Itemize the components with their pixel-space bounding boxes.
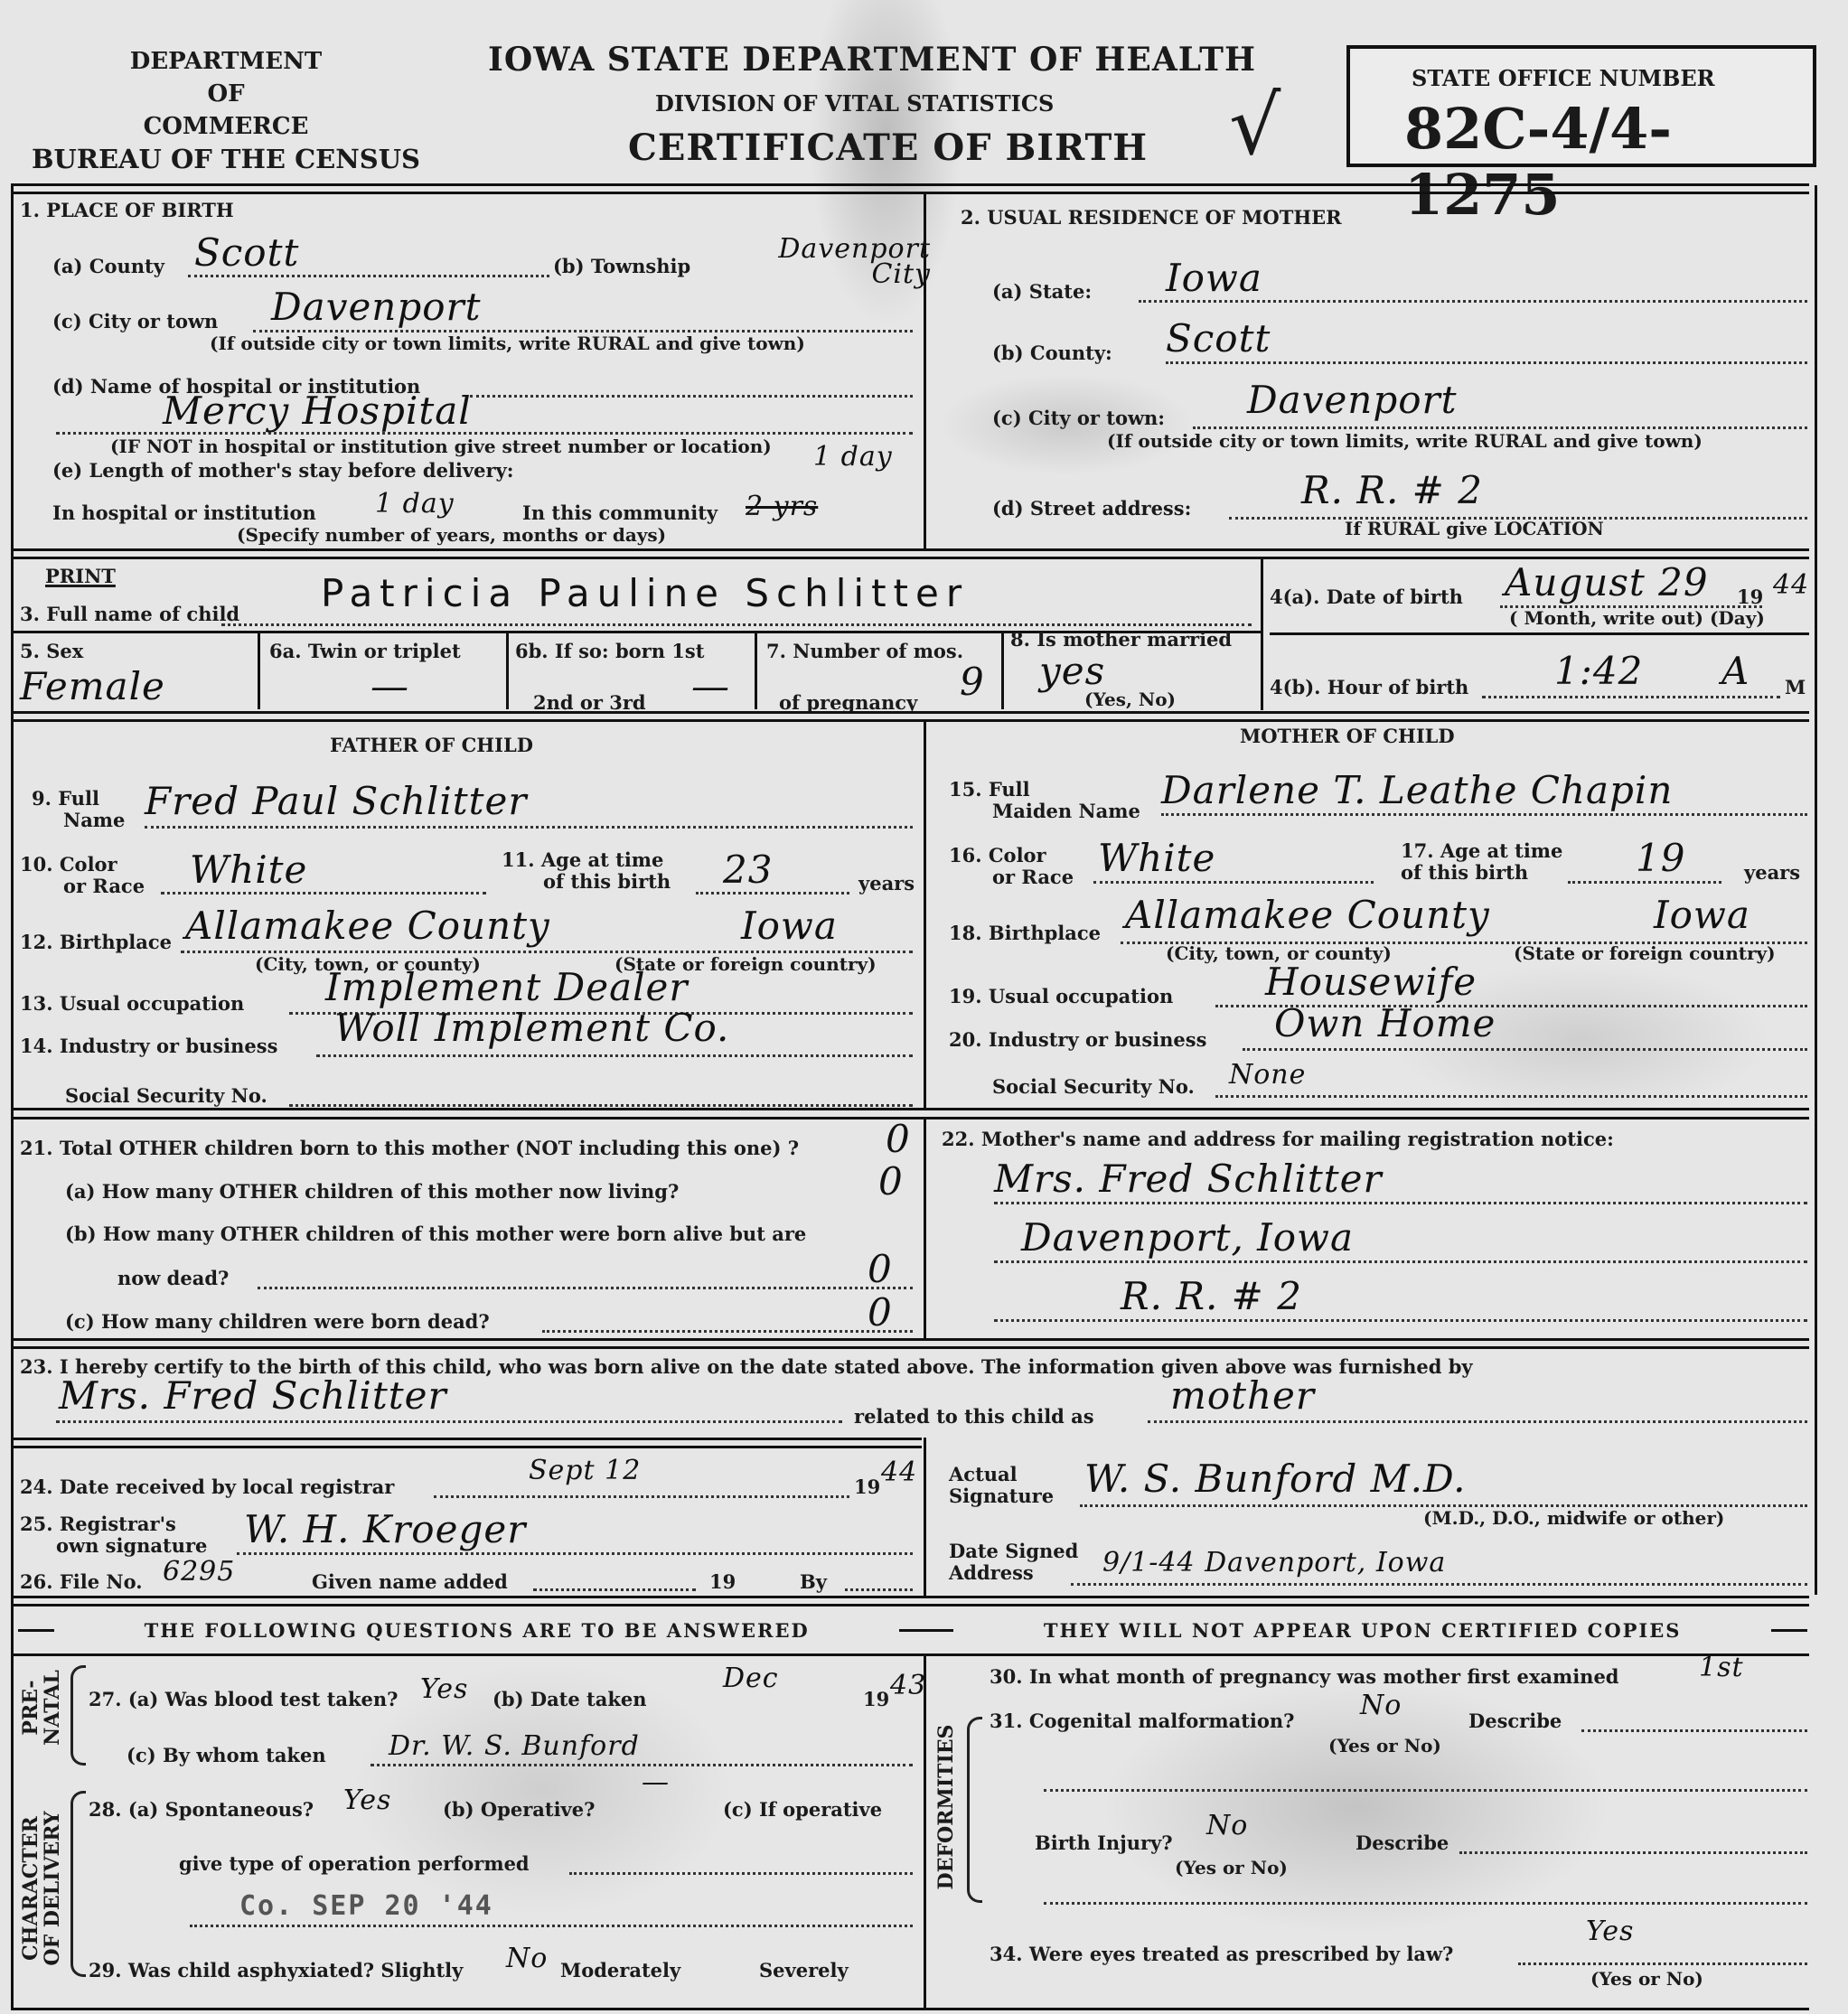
check-mark-icon: √ bbox=[1229, 86, 1280, 167]
father-age-value: 23 bbox=[723, 848, 773, 892]
banner-rule bbox=[1771, 1629, 1807, 1632]
father-ssn-label: Social Security No. bbox=[65, 1084, 267, 1107]
mailing-label: 22. Mother's name and address for mailin… bbox=[942, 1128, 1614, 1150]
spontaneous-value: Yes bbox=[343, 1784, 391, 1816]
received-year-prefix: 19 bbox=[854, 1475, 880, 1498]
dotted-line bbox=[1071, 1583, 1807, 1586]
given-year-label: 19 bbox=[709, 1570, 736, 1593]
by-label: By bbox=[800, 1570, 827, 1593]
supplemental-banner: THE FOLLOWING QUESTIONS ARE TO BE ANSWER… bbox=[18, 1619, 1807, 1642]
label-line: own signature bbox=[20, 1535, 207, 1557]
q21a-label: (a) How many OTHER children of this moth… bbox=[65, 1180, 679, 1203]
border-right bbox=[1815, 185, 1817, 1595]
sex-label: 5. Sex bbox=[20, 640, 83, 662]
dotted-line bbox=[569, 1872, 913, 1875]
state-note: (State or foreign country) bbox=[1514, 942, 1776, 964]
label-line: Name bbox=[32, 810, 125, 831]
attendant-signature-value: W. S. Bunford M.D. bbox=[1084, 1457, 1467, 1501]
dotted-line bbox=[258, 1287, 913, 1289]
received-year-value: 44 bbox=[881, 1457, 917, 1488]
city-note: (If outside city or town limits, write R… bbox=[1107, 430, 1703, 452]
agency-line: BUREAU OF THE CENSUS bbox=[18, 143, 434, 175]
birth-injury-label: Birth Injury? bbox=[1035, 1831, 1173, 1854]
dotted-line bbox=[316, 1054, 913, 1057]
father-race-value: White bbox=[190, 848, 307, 892]
agency-line: COMMERCE bbox=[18, 110, 434, 143]
yes-no-note: (Yes or No) bbox=[1175, 1857, 1288, 1878]
months-value: 9 bbox=[960, 660, 985, 704]
father-birthplace-label: 12. Birthplace bbox=[20, 931, 172, 953]
specify-note: (Specify number of years, months or days… bbox=[237, 524, 666, 546]
divider bbox=[11, 1338, 1809, 1341]
mother-birthplace-label: 18. Birthplace bbox=[949, 922, 1101, 944]
label-line: DEFORMITIES bbox=[935, 1717, 957, 1897]
place-of-birth-heading: 1. PLACE OF BIRTH bbox=[20, 199, 234, 221]
ampm-suffix: M bbox=[1785, 676, 1806, 698]
hospital-value: Mercy Hospital bbox=[163, 389, 472, 433]
in-community-label: In this community bbox=[522, 501, 718, 524]
residence-state-value: Iowa bbox=[1166, 256, 1262, 300]
asphyxiated-label: 29. Was child asphyxiated? Slightly bbox=[89, 1959, 463, 1981]
print-label: PRINT bbox=[45, 565, 116, 587]
county-label: (a) County bbox=[52, 255, 164, 277]
father-industry-value: Woll Implement Co. bbox=[334, 1006, 729, 1050]
attendant-signature-label: Actual Signature bbox=[949, 1464, 1054, 1507]
certificate-title: CERTIFICATE OF BIRTH bbox=[628, 126, 1148, 169]
column-divider bbox=[755, 632, 757, 709]
dotted-line bbox=[994, 1202, 1807, 1204]
q21a-value: 0 bbox=[878, 1159, 904, 1204]
banner-rule bbox=[899, 1629, 953, 1632]
married-value: yes bbox=[1039, 649, 1105, 693]
hour-label: 4(b). Hour of birth bbox=[1270, 676, 1468, 698]
date-taken-value: Dec bbox=[723, 1663, 779, 1694]
eyes-treated-value: Yes bbox=[1586, 1916, 1634, 1947]
label-line: 15. Full bbox=[949, 779, 1140, 801]
birth-certificate: DEPARTMENT OF COMMERCE BUREAU OF THE CEN… bbox=[0, 0, 1848, 2014]
mother-birthplace-city: Allamakee County bbox=[1125, 893, 1490, 937]
dotted-line bbox=[190, 1925, 913, 1927]
order-label: 6b. If so: born 1st bbox=[515, 640, 704, 662]
dotted-line bbox=[221, 623, 1252, 626]
label-line: 10. Color bbox=[20, 854, 145, 876]
mother-name-value: Darlene T. Leathe Chapin bbox=[1161, 768, 1673, 812]
q21c-label: (c) How many children were born dead? bbox=[65, 1310, 490, 1333]
banner-right: THEY WILL NOT APPEAR UPON CERTIFIED COPI… bbox=[1044, 1619, 1682, 1642]
label-line: 16. Color bbox=[949, 845, 1074, 866]
yes-no-note: (Yes or No) bbox=[1590, 1968, 1703, 1990]
divider bbox=[11, 1653, 1809, 1656]
q21-value: 0 bbox=[886, 1117, 911, 1161]
column-divider bbox=[258, 632, 260, 709]
dotted-line bbox=[1166, 361, 1807, 364]
column-divider bbox=[924, 719, 926, 1108]
father-name-value: Fred Paul Schlitter bbox=[145, 779, 527, 823]
birth-city-value: Davenport bbox=[271, 285, 481, 329]
dotted-line bbox=[56, 1420, 842, 1423]
blood-test-label: 27. (a) Was blood test taken? bbox=[89, 1688, 399, 1710]
city-label: (c) City or town: bbox=[992, 407, 1165, 429]
registrar-signature-value: W. H. Kroeger bbox=[244, 1507, 526, 1551]
relation-value: mother bbox=[1170, 1373, 1315, 1418]
hour-value: 1:42 bbox=[1554, 649, 1643, 693]
father-occupation-value: Implement Dealer bbox=[325, 965, 689, 1009]
state-office-number-box: STATE OFFICE NUMBER 82C-4/4-1275 bbox=[1346, 45, 1816, 167]
by-whom-value: Dr. W. S. Bunford bbox=[389, 1730, 640, 1762]
q21b-label-2: now dead? bbox=[117, 1267, 229, 1289]
label-line: of this birth bbox=[502, 871, 671, 893]
census-agency: DEPARTMENT OF COMMERCE BUREAU OF THE CEN… bbox=[18, 45, 434, 175]
mother-birthplace-state: Iowa bbox=[1654, 893, 1750, 937]
mother-ssn-value: None bbox=[1229, 1059, 1306, 1091]
received-stamp: Co. SEP 20 '44 bbox=[239, 1890, 493, 1922]
street-label: (d) Street address: bbox=[992, 497, 1191, 520]
agency-line: DEPARTMENT bbox=[18, 45, 434, 78]
mother-ssn-label: Social Security No. bbox=[992, 1075, 1195, 1098]
column-divider bbox=[1261, 557, 1263, 710]
married-note: (Yes, No) bbox=[1084, 689, 1176, 710]
date-address-label: Date Signed Address bbox=[949, 1541, 1078, 1584]
dotted-line bbox=[470, 395, 913, 398]
street-note: If RURAL give LOCATION bbox=[1345, 518, 1604, 539]
registrar-signature-label: 25. Registrar's own signature bbox=[20, 1513, 207, 1557]
given-name-label: Given name added bbox=[312, 1570, 508, 1593]
residence-city-value: Davenport bbox=[1247, 378, 1457, 422]
informant-value: Mrs. Fred Schlitter bbox=[59, 1373, 447, 1418]
dotted-line bbox=[289, 1104, 913, 1107]
divider bbox=[11, 1446, 922, 1448]
q21c-value: 0 bbox=[868, 1290, 893, 1335]
q21b-label: (b) How many OTHER children of this moth… bbox=[65, 1222, 806, 1245]
divider bbox=[11, 1108, 1809, 1110]
residence-street-value: R. R. # 2 bbox=[1301, 468, 1483, 512]
dotted-line bbox=[542, 1330, 913, 1333]
label-line: 17. Age at time bbox=[1401, 840, 1562, 862]
operation-type-label: give type of operation performed bbox=[179, 1852, 530, 1875]
by-whom-label: (c) By whom taken bbox=[127, 1744, 326, 1766]
mother-residence-heading: 2. USUAL RESIDENCE OF MOTHER bbox=[961, 206, 1342, 229]
q21b-value: 0 bbox=[868, 1247, 893, 1291]
dotted-line bbox=[533, 1588, 696, 1591]
dotted-line bbox=[845, 1588, 913, 1591]
label-line: Actual bbox=[949, 1464, 1054, 1485]
label-line: or Race bbox=[949, 866, 1074, 888]
state-office-label: STATE OFFICE NUMBER bbox=[1412, 65, 1715, 91]
first-examined-value: 1st bbox=[1699, 1652, 1744, 1683]
describe-label: Describe bbox=[1356, 1831, 1449, 1854]
divider bbox=[11, 548, 1809, 551]
label-line: NATAL bbox=[42, 1658, 63, 1757]
father-industry-label: 14. Industry or business bbox=[20, 1035, 277, 1057]
dotted-line bbox=[1161, 813, 1807, 816]
column-divider bbox=[924, 1117, 926, 1338]
dob-year-prefix: 19 bbox=[1737, 585, 1763, 608]
q21-label: 21. Total OTHER children born to this mo… bbox=[20, 1137, 799, 1159]
agency-line: OF bbox=[18, 78, 434, 110]
township-label: (b) Township bbox=[553, 255, 690, 277]
dotted-line bbox=[161, 892, 486, 895]
division-title: DIVISION OF VITAL STATISTICS bbox=[655, 90, 1054, 117]
divider bbox=[11, 557, 1809, 559]
asphyxiated-value: No bbox=[506, 1943, 548, 1974]
mother-occupation-label: 19. Usual occupation bbox=[949, 985, 1173, 1007]
child-name-value: Patricia Pauline Schlitter bbox=[321, 571, 969, 615]
dotted-line bbox=[1148, 1420, 1807, 1423]
divider bbox=[11, 1438, 922, 1440]
banner-left: THE FOLLOWING QUESTIONS ARE TO BE ANSWER… bbox=[145, 1619, 810, 1642]
mother-heading: MOTHER OF CHILD bbox=[1240, 725, 1455, 747]
operative-value: — bbox=[642, 1766, 670, 1798]
divider bbox=[11, 1346, 1809, 1349]
column-divider bbox=[924, 1438, 926, 1596]
dob-label: 4(a). Date of birth bbox=[1270, 585, 1463, 608]
dotted-line bbox=[145, 826, 913, 829]
city-label: (c) City or town bbox=[52, 310, 218, 333]
mother-age-value: 19 bbox=[1636, 836, 1685, 880]
divider bbox=[1270, 632, 1809, 635]
order-value: — bbox=[691, 664, 730, 708]
label-line: Date Signed bbox=[949, 1541, 1078, 1562]
age-unit: years bbox=[1744, 861, 1800, 884]
received-value: Sept 12 bbox=[529, 1455, 641, 1486]
dotted-line bbox=[1193, 426, 1807, 429]
ampm-value: A bbox=[1721, 649, 1750, 693]
dotted-line bbox=[1518, 1962, 1807, 1965]
birth-injury-value: No bbox=[1206, 1810, 1248, 1841]
dotted-line bbox=[994, 1260, 1807, 1263]
city-note: (If outside city or town limits, write R… bbox=[210, 333, 805, 354]
mother-race-value: White bbox=[1098, 836, 1215, 880]
if-operative-label: (c) If operative bbox=[723, 1798, 882, 1821]
in-hospital-label: In hospital or institution bbox=[52, 501, 316, 524]
divider bbox=[11, 711, 1809, 714]
divider bbox=[11, 719, 1809, 722]
hospital-note: (IF NOT in hospital or institution give … bbox=[110, 436, 772, 457]
stay-label: (e) Length of mother's stay before deliv… bbox=[52, 459, 513, 482]
residence-county-value: Scott bbox=[1166, 316, 1271, 361]
department-title: IOWA STATE DEPARTMENT OF HEALTH bbox=[488, 41, 1256, 79]
in-community-value: 2 yrs bbox=[746, 491, 818, 522]
dotted-line bbox=[1093, 881, 1374, 884]
father-birthplace-state: Iowa bbox=[741, 904, 838, 948]
malformation-label: 31. Cogenital malformation? bbox=[990, 1710, 1294, 1732]
father-race-label: 10. Color or Race bbox=[20, 854, 145, 897]
yes-no-note: (Yes or No) bbox=[1328, 1735, 1441, 1756]
date-taken-year: 43 bbox=[890, 1670, 926, 1701]
label-line: or Race bbox=[20, 876, 145, 897]
state-office-number: 82C-4/4-1275 bbox=[1404, 96, 1813, 228]
attendant-note: (M.D., D.O., midwife or other) bbox=[1423, 1507, 1724, 1529]
dotted-line bbox=[1044, 1789, 1807, 1792]
prenatal-side-label: PRE- NATAL bbox=[20, 1658, 63, 1757]
deformities-side-label: DEFORMITIES bbox=[935, 1717, 957, 1897]
border-left bbox=[11, 185, 14, 2010]
twin-label: 6a. Twin or triplet bbox=[269, 640, 461, 662]
dotted-line bbox=[237, 1552, 913, 1555]
dotted-line bbox=[994, 1319, 1807, 1322]
dotted-line bbox=[434, 1495, 849, 1498]
state-label: (a) State: bbox=[992, 280, 1092, 303]
related-label: related to this child as bbox=[854, 1405, 1094, 1428]
twin-value: — bbox=[371, 664, 409, 708]
months-label: 7. Number of mos. bbox=[766, 640, 963, 662]
malformation-value: No bbox=[1360, 1690, 1402, 1721]
date-taken-label: (b) Date taken bbox=[492, 1688, 647, 1710]
divider bbox=[11, 183, 1809, 186]
first-examined-label: 30. In what month of pregnancy was mothe… bbox=[990, 1665, 1619, 1688]
father-name-label: 9. Full Name bbox=[32, 788, 125, 831]
dotted-line bbox=[696, 892, 849, 895]
mother-age-label: 17. Age at time of this birth bbox=[1401, 840, 1562, 884]
label-line: 25. Registrar's bbox=[20, 1513, 207, 1535]
delivery-side-label: CHARACTER OF DELIVERY bbox=[20, 1798, 63, 1979]
column-divider bbox=[506, 632, 509, 709]
in-hospital-value: 1 day bbox=[375, 488, 455, 520]
sex-value: Female bbox=[20, 664, 165, 708]
mailing-line-1: Mrs. Fred Schlitter bbox=[994, 1157, 1383, 1201]
mother-industry-value: Own Home bbox=[1274, 1001, 1496, 1045]
mother-industry-label: 20. Industry or business bbox=[949, 1028, 1206, 1051]
mother-name-label: 15. Full Maiden Name bbox=[949, 779, 1140, 822]
birth-county-value: Scott bbox=[194, 230, 299, 275]
birth-township-value: Davenport City bbox=[714, 237, 931, 287]
mailing-line-2: Davenport, Iowa bbox=[1021, 1215, 1354, 1260]
dotted-line bbox=[1581, 1729, 1807, 1732]
column-divider bbox=[1001, 632, 1004, 709]
father-birthplace-city: Allamakee County bbox=[185, 904, 550, 948]
brace bbox=[967, 1717, 982, 1903]
date-taken-year-prefix: 19 bbox=[863, 1688, 889, 1710]
banner-rule bbox=[18, 1629, 54, 1632]
operative-label: (b) Operative? bbox=[443, 1798, 595, 1821]
dob-value: August 29 bbox=[1505, 560, 1709, 604]
eyes-treated-label: 34. Were eyes treated as prescribed by l… bbox=[990, 1943, 1453, 1965]
describe-label: Describe bbox=[1468, 1710, 1562, 1732]
mailing-line-3: R. R. # 2 bbox=[1121, 1274, 1302, 1318]
received-label: 24. Date received by local registrar bbox=[20, 1475, 394, 1498]
divider bbox=[11, 192, 1809, 194]
severely-label: Severely bbox=[759, 1959, 849, 1981]
label-line: 9. Full bbox=[32, 788, 125, 810]
father-occupation-label: 13. Usual occupation bbox=[20, 992, 244, 1015]
divider bbox=[11, 1596, 1809, 1598]
file-label: 26. File No. bbox=[20, 1570, 143, 1593]
date-address-value: 9/1-44 Davenport, Iowa bbox=[1102, 1547, 1446, 1578]
dotted-line bbox=[1243, 1048, 1807, 1051]
dotted-line bbox=[1482, 696, 1780, 698]
divider bbox=[11, 2008, 1809, 2010]
label-line: 11. Age at time bbox=[502, 849, 671, 871]
label-line: of this birth bbox=[1401, 862, 1562, 884]
spontaneous-label: 28. (a) Spontaneous? bbox=[89, 1798, 314, 1821]
dotted-line bbox=[1459, 1851, 1807, 1854]
column-divider bbox=[924, 1653, 926, 2010]
child-name-label: 3. Full name of child bbox=[20, 603, 239, 625]
father-age-label: 11. Age at time of this birth bbox=[502, 849, 671, 893]
brace bbox=[70, 1791, 86, 1977]
label-line: CHARACTER bbox=[20, 1798, 42, 1979]
brace bbox=[70, 1665, 86, 1766]
county-label: (b) County: bbox=[992, 342, 1112, 364]
dotted-line bbox=[1139, 300, 1807, 303]
blood-test-value: Yes bbox=[420, 1673, 468, 1705]
label-line: Address bbox=[949, 1562, 1078, 1584]
married-label: 8. Is mother married bbox=[1010, 628, 1232, 651]
dotted-line bbox=[1044, 1902, 1807, 1905]
label-line: Signature bbox=[949, 1485, 1054, 1507]
mother-occupation-value: Housewife bbox=[1265, 960, 1477, 1004]
mother-race-label: 16. Color or Race bbox=[949, 845, 1074, 888]
moderately-label: Moderately bbox=[560, 1959, 680, 1981]
dotted-line bbox=[188, 275, 549, 277]
father-heading: FATHER OF CHILD bbox=[330, 734, 533, 756]
divider bbox=[11, 1604, 1809, 1607]
dotted-line bbox=[1568, 881, 1721, 884]
age-unit: years bbox=[858, 872, 915, 895]
label-line: OF DELIVERY bbox=[42, 1798, 63, 1979]
stay-correction-value: 1 day bbox=[813, 441, 893, 473]
dob-year-value: 44 bbox=[1773, 569, 1809, 601]
file-value: 6295 bbox=[163, 1556, 235, 1588]
dotted-line bbox=[1215, 1095, 1807, 1098]
label-line: Maiden Name bbox=[949, 801, 1140, 822]
dob-note: ( Month, write out) (Day) bbox=[1509, 607, 1765, 629]
label-line: PRE- bbox=[20, 1658, 42, 1757]
